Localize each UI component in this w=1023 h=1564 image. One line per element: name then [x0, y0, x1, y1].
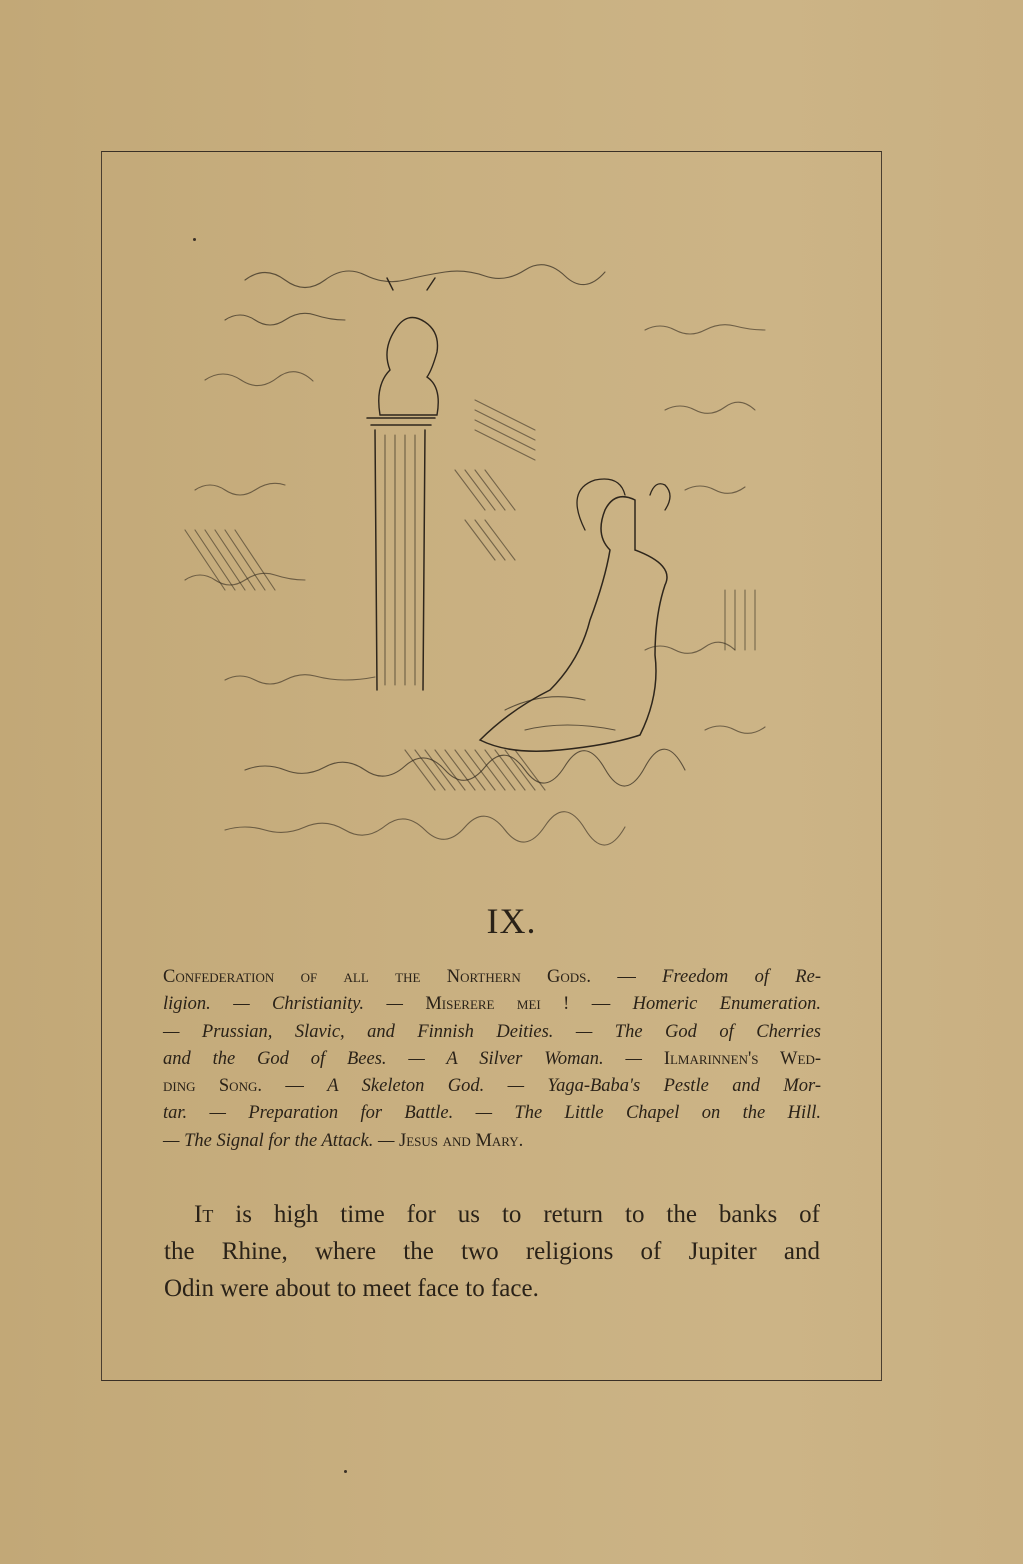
body-line: the Rhine, where the two religions of Ju…: [164, 1233, 820, 1270]
summary-line: Confederation of all the Northern Gods. …: [163, 964, 821, 991]
body-line: Odin were about to meet face to face.: [164, 1270, 820, 1307]
engraving-illustration: [165, 230, 830, 870]
print-speck: [344, 1470, 347, 1473]
lead-word: It: [194, 1201, 213, 1228]
body-line: It is high time for us to return to the …: [164, 1196, 820, 1233]
summary-line: ding Song. — A Skeleton God. — Yaga-Baba…: [163, 1073, 821, 1100]
body-paragraph: It is high time for us to return to the …: [164, 1196, 820, 1307]
chapter-summary: Confederation of all the Northern Gods. …: [163, 964, 821, 1155]
chapter-number: IX.: [0, 900, 1023, 942]
summary-line: — Prussian, Slavic, and Finnish Deities.…: [163, 1019, 821, 1046]
summary-line: tar. — Preparation for Battle. — The Lit…: [163, 1100, 821, 1127]
print-speck: [193, 238, 196, 241]
summary-line: ligion. — Christianity. — Miserere mei !…: [163, 991, 821, 1018]
summary-line: — The Signal for the Attack. — Jesus and…: [163, 1128, 821, 1155]
summary-line: and the God of Bees. — A Silver Woman. —…: [163, 1046, 821, 1073]
